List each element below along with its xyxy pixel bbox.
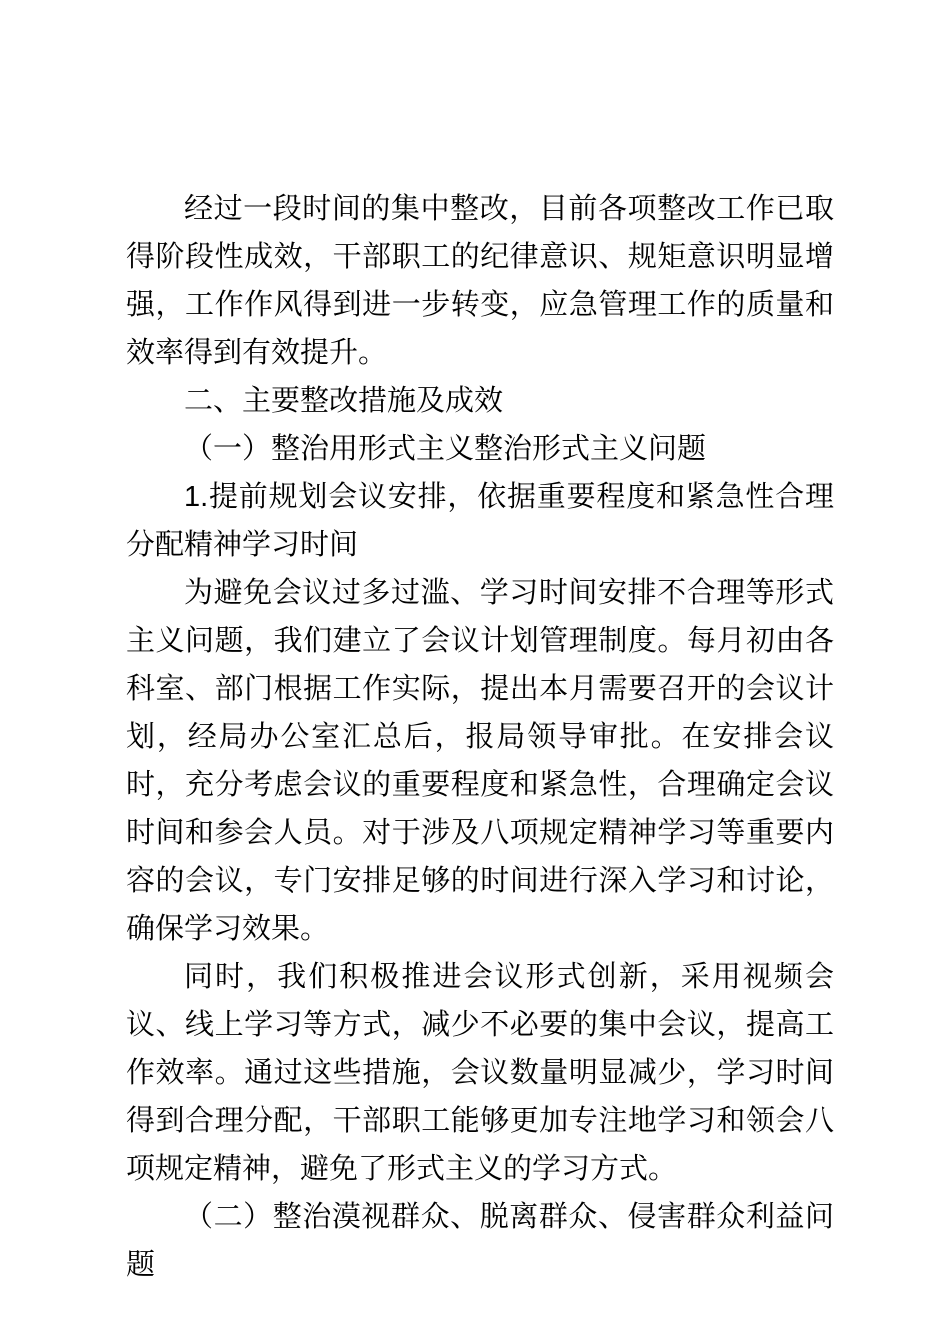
- section-heading: 1.提前规划会议安排，依据重要程度和紧急性合理分配精神学习时间: [126, 473, 834, 569]
- body-paragraph: 同时，我们积极推进会议形式创新，采用视频会议、线上学习等方式，减少不必要的集中会…: [126, 953, 834, 1193]
- section-heading: 二、主要整改措施及成效: [126, 377, 834, 425]
- section-heading: （二）整治漠视群众、脱离群众、侵害群众利益问题: [126, 1193, 834, 1289]
- document-content: 经过一段时间的集中整改，目前各项整改工作已取得阶段性成效，干部职工的纪律意识、规…: [126, 185, 834, 1289]
- section-heading: （一）整治用形式主义整治形式主义问题: [126, 425, 834, 473]
- body-paragraph: 经过一段时间的集中整改，目前各项整改工作已取得阶段性成效，干部职工的纪律意识、规…: [126, 185, 834, 377]
- document-page: 经过一段时间的集中整改，目前各项整改工作已取得阶段性成效，干部职工的纪律意识、规…: [0, 0, 950, 1344]
- body-paragraph: 为避免会议过多过滥、学习时间安排不合理等形式主义问题，我们建立了会议计划管理制度…: [126, 569, 834, 953]
